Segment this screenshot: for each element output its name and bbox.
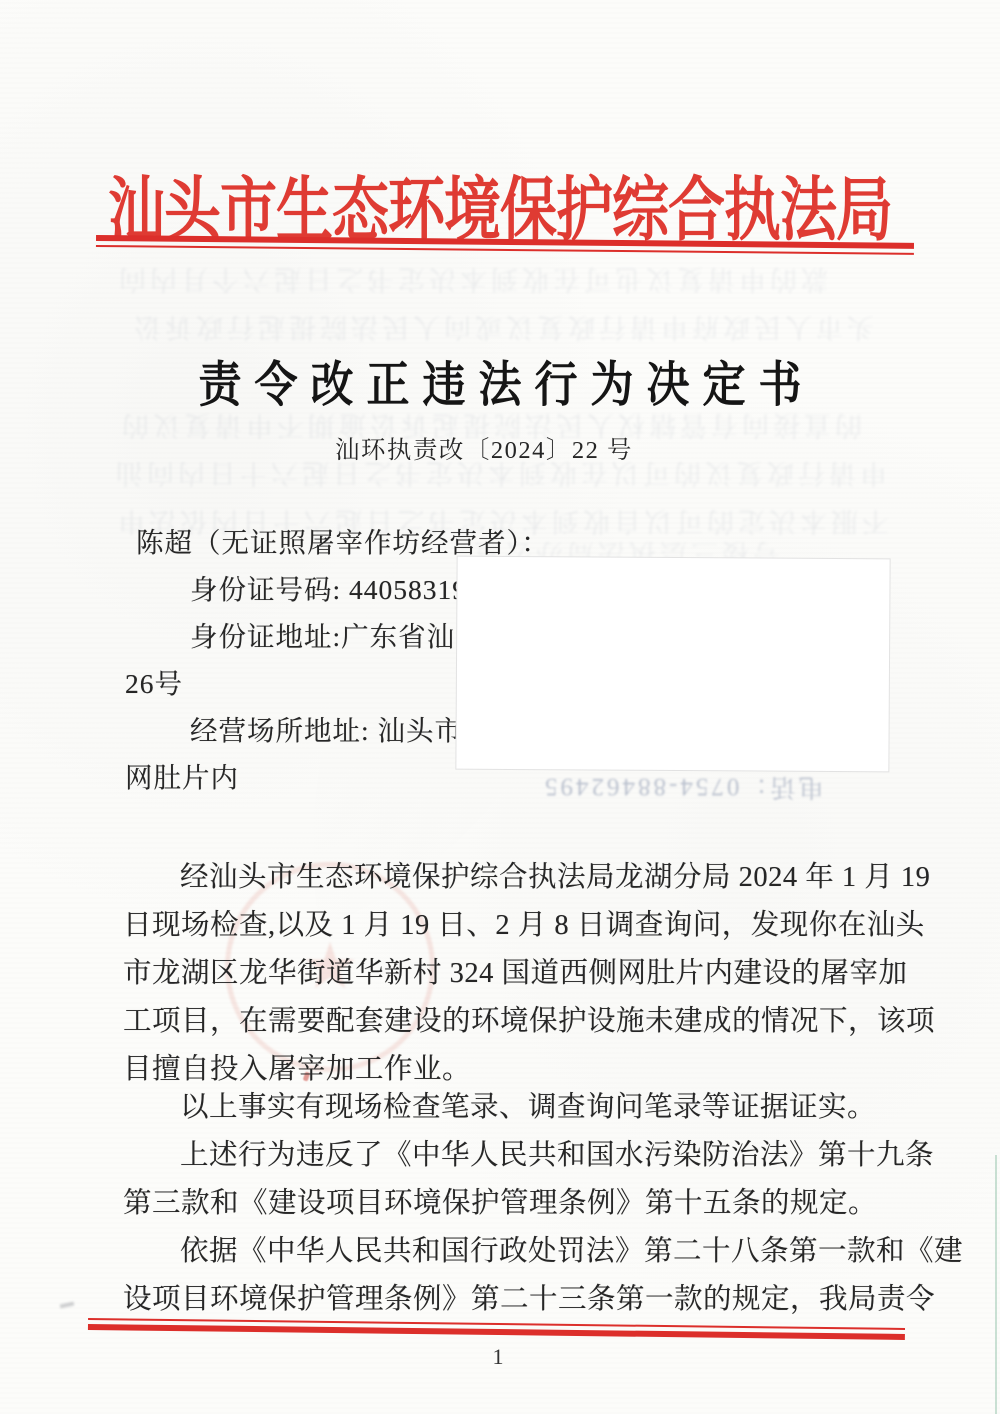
document-title: 责令改正违法行为决定书 [0,347,1000,415]
document-number: 汕环执责改〔2024〕22 号 [0,431,968,466]
body-line: 工项目，在需要配套建设的环境保护设施未建成的情况下，该项 [123,998,883,1039]
body-line: 第三款和《建设项目环境保护管理条例》第十五条的规定。 [123,1180,883,1221]
scanned-document-page: 款的申请复议也可在收到本决定书之日起六个月内向 头市人民政府申请行政复议或向人民… [0,0,1000,1414]
body-line: 依据《中华人民共和国行政处罚法》第二十八条第一款和《建 [123,1228,940,1269]
bleed-through-text: 头市人民政府申请行政复议或向人民法院提起行政诉讼 [130,310,874,349]
recipient-business-address-line: 经营场所地址: 汕头市 [190,708,463,748]
redaction-box [455,556,890,773]
body-line: 设项目环境保护管理条例》第二十三条第一款的规定，我局责令 [123,1276,883,1317]
bleed-through-text: 款的申请复议也可在收到本决定书之日起六个月内向 [115,262,828,301]
body-line: 经汕头市生态环境保护综合执法局龙湖分局 2024 年 1 月 19 [123,854,940,895]
scan-edge-artifact [995,1155,998,1414]
body-line: 市龙湖区龙华街道华新村 324 国道西侧网肚片内建设的屠宰加 [123,950,883,991]
body-line: 以上事实有现场检查笔录、调查询问笔录等证据证实。 [123,1084,940,1125]
recipient-business-address-continuation: 网肚片内 [125,755,239,795]
body-line: 上述行为违反了《中华人民共和国水污染防治法》第十九条 [123,1132,940,1173]
page-number: 1 [0,1344,996,1370]
recipient-name-line: 陈超（无证照屠宰作坊经营者）： [136,520,550,560]
recipient-id-address-line: 身份证地址:广东省汕头 [190,614,484,654]
body-line: 目擅自投入屠宰加工作业。 [123,1046,883,1087]
bleed-through-phone: 电话：0754-88462495 [542,771,823,807]
recipient-id-number-line: 身份证号码: 440583199 [190,567,482,607]
body-line: 日现场检查,以及 1 月 19 日、2 月 8 日调查询问，发现你在汕头 [123,902,883,943]
recipient-address-continuation: 26号 [125,661,183,701]
